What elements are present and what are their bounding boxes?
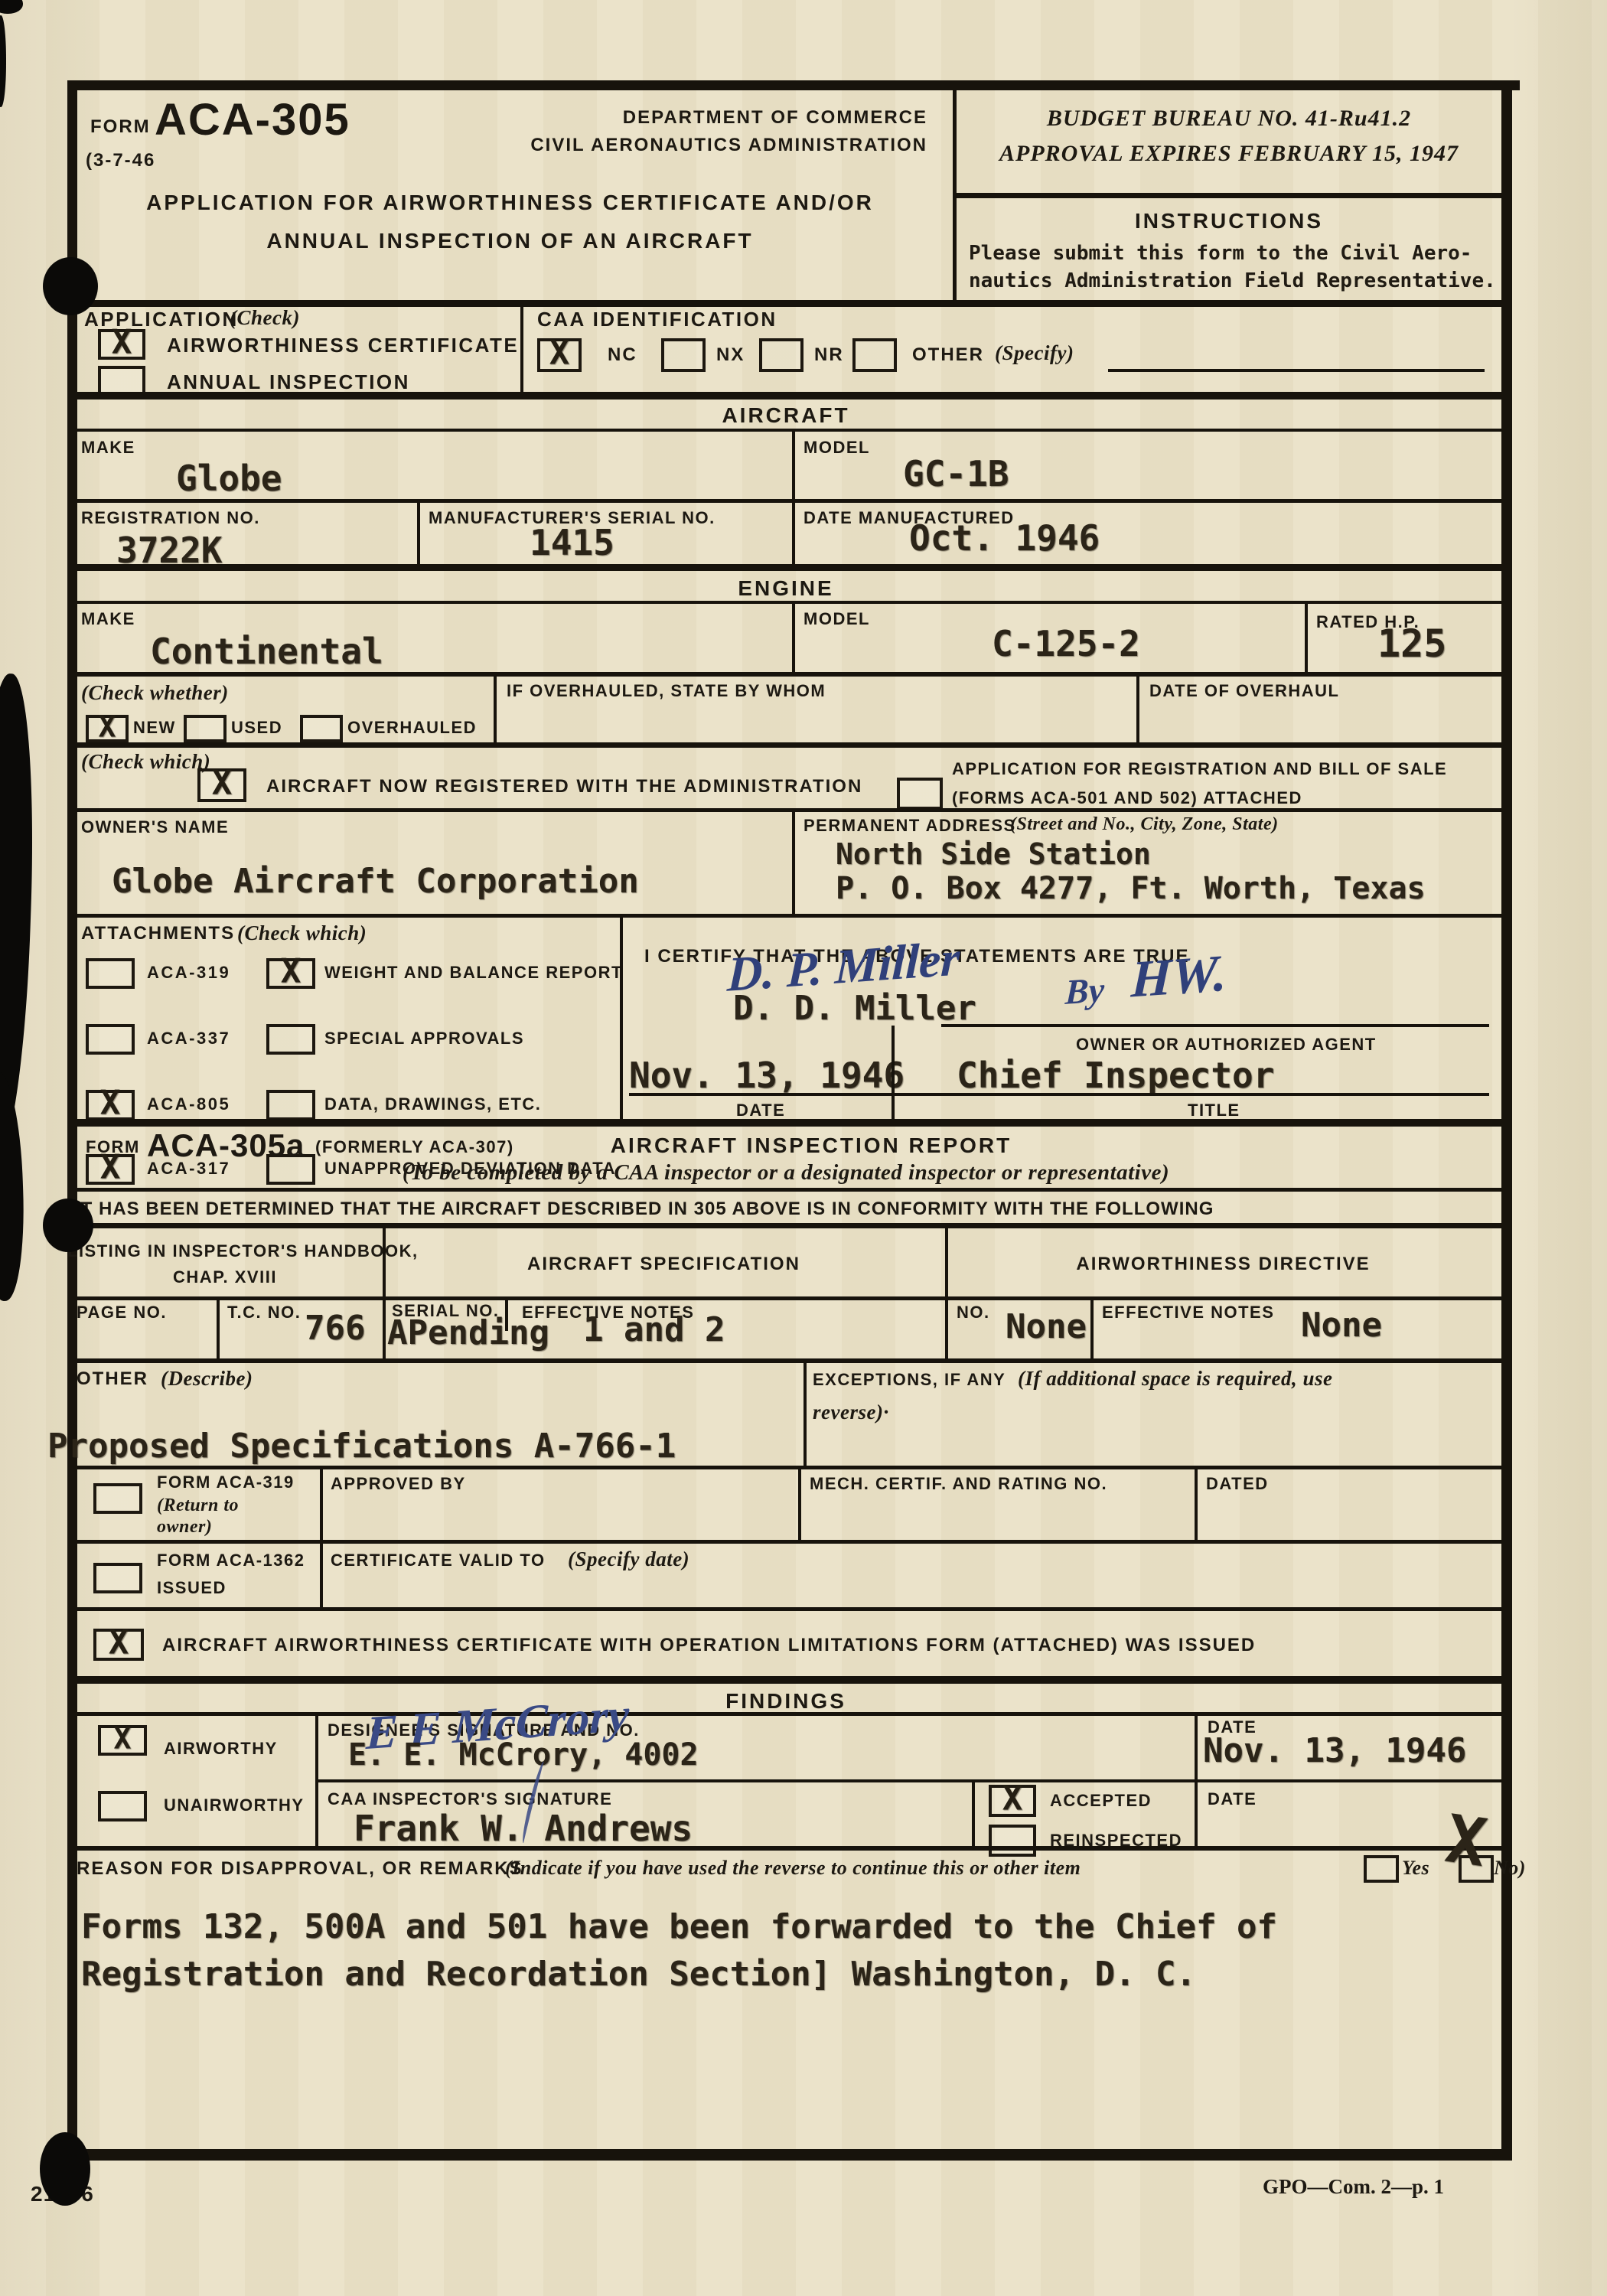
- serial-datemfg-divider: [792, 503, 795, 564]
- certificate-issued-checkbox: X: [93, 1629, 144, 1661]
- engine-overhauled-checkbox: [300, 715, 343, 742]
- punch-hole-middle: [43, 1199, 93, 1252]
- unairworthy-checkbox: [98, 1791, 147, 1821]
- aca805-label: ACA-805: [147, 1094, 230, 1114]
- airworthy-mark: X: [114, 1721, 132, 1755]
- agent-caption: OWNER OR AUTHORIZED AGENT: [1076, 1035, 1377, 1055]
- other-row-top-rule: [67, 1358, 1504, 1363]
- engine-section-top-rule: [67, 564, 1504, 571]
- eff-notes-value: 1 and 2: [583, 1310, 725, 1349]
- exceptions-note1: (If additional space is required, use: [1018, 1367, 1333, 1391]
- airworthiness-certificate-label: AIRWORTHINESS CERTIFICATE: [167, 334, 519, 357]
- punch-hole-top: [43, 257, 98, 315]
- aca319-row-top-rule: [67, 1466, 1504, 1469]
- form-aca1362-label: FORM ACA-1362: [157, 1551, 305, 1570]
- exceptions-label: EXCEPTIONS, IF ANY: [813, 1370, 1006, 1390]
- findings-top-rule: [67, 1676, 1504, 1684]
- aca319-approved-divider: [320, 1469, 323, 1540]
- engine-overhauled-label: OVERHAULED: [347, 718, 477, 738]
- nx-label: NX: [716, 344, 745, 367]
- address-note: (Street and No., City, Zone, State): [1010, 814, 1279, 835]
- aircraft-title-rule: [67, 429, 1504, 432]
- application-check-note: (Check): [230, 306, 300, 330]
- findings-title-rule: [67, 1712, 1504, 1716]
- weight-balance-checkbox: X: [266, 958, 315, 989]
- certificate-issued-mark: X: [109, 1623, 129, 1662]
- findings-date2-caption: DATE: [1208, 1789, 1257, 1809]
- engine-used-label: USED: [231, 718, 282, 738]
- approved-by-label: APPROVED BY: [331, 1474, 466, 1494]
- engine-used-checkbox: [184, 715, 227, 742]
- adno-adeff-divider: [1090, 1300, 1094, 1358]
- certificate-valid-label: CERTIFICATE VALID TO: [331, 1551, 546, 1570]
- engine-make-value: Continental: [150, 631, 383, 672]
- caa-sig-caption: CAA INSPECTOR'S SIGNATURE: [328, 1789, 612, 1809]
- reason-yes-checkbox: [1364, 1855, 1399, 1883]
- other-value: Proposed Specifications A-766-1: [47, 1427, 676, 1466]
- tc-no-label: T.C. NO.: [227, 1303, 301, 1322]
- reason-no-label: No): [1494, 1857, 1526, 1880]
- reason-top-rule: [67, 1846, 1504, 1851]
- aircraft-make-value: Globe: [176, 458, 282, 499]
- findings-date-value: Nov. 13, 1946: [1203, 1731, 1466, 1770]
- application-label: APPLICATION: [84, 308, 239, 331]
- remarks-line2: Registration and Recordation Section] Wa…: [81, 1955, 1196, 1994]
- scanned-form-page: FORM ACA-305 (3-7-46 DEPARTMENT OF COMME…: [0, 0, 1607, 2296]
- form-label: FORM: [90, 116, 151, 139]
- findings-row-divider: [315, 1779, 1504, 1782]
- airworthy-label: AIRWORTHY: [164, 1739, 278, 1759]
- owner-typed-name: D. D. Miller: [733, 989, 976, 1028]
- engine-section-title: ENGINE: [67, 576, 1504, 602]
- overhaul-date-divider: [1136, 677, 1139, 742]
- application-attached-checkbox: [897, 778, 943, 810]
- nr-label: NR: [814, 344, 844, 367]
- 305a-form-label: FORM: [86, 1137, 140, 1157]
- engine-title-rule: [67, 601, 1504, 604]
- aircraft-make-model-divider: [792, 429, 795, 501]
- reinspected-checkbox: [989, 1825, 1036, 1857]
- aca319-checkbox: [86, 958, 135, 989]
- dated-label: DATED: [1206, 1474, 1269, 1494]
- registered-label: AIRCRAFT NOW REGISTERED WITH THE ADMINIS…: [266, 776, 862, 798]
- page-no-label: PAGE NO.: [77, 1303, 167, 1322]
- unairworthy-label: UNAIRWORTHY: [164, 1795, 305, 1815]
- tc-no-value: 766: [305, 1309, 365, 1348]
- weight-balance-label: WEIGHT AND BALANCE REPORT: [324, 963, 623, 983]
- owner-signature-by: By: [1064, 969, 1105, 1013]
- 305a-form-number: ACA-305a: [147, 1127, 305, 1165]
- cert-title-value: Chief Inspector: [957, 1055, 1274, 1096]
- handbook-col-line1: LISTING IN INSPECTOR'S HANDBOOK,: [67, 1241, 383, 1261]
- other-exceptions-divider: [803, 1363, 807, 1466]
- col2-divider: [945, 1226, 948, 1358]
- airworthiness-directive-col: AIRWORTHINESS DIRECTIVE: [945, 1254, 1501, 1276]
- handbook-col-line2: CHAP. XVIII: [67, 1267, 383, 1287]
- ad-no-value: None: [1006, 1307, 1087, 1346]
- mech-dated-divider: [1195, 1469, 1198, 1540]
- date-title-divider: [892, 1026, 895, 1119]
- serial-notes-divider: [505, 1300, 508, 1331]
- address-line1: North Side Station: [836, 837, 1151, 871]
- ad-no-label: NO.: [957, 1303, 990, 1322]
- nc-checkbox: X: [537, 338, 582, 372]
- budget-line1: BUDGET BUREAU NO. 41-Ru41.2: [957, 106, 1501, 132]
- date-title-rule: [629, 1093, 1489, 1096]
- aca337-label: ACA-337: [147, 1029, 230, 1049]
- other-id-note: (Specify): [995, 341, 1074, 365]
- aircraft-spec-col: AIRCRAFT SPECIFICATION: [383, 1254, 945, 1276]
- exceptions-note2: reverse)·: [813, 1401, 889, 1424]
- ad-eff-value: None: [1301, 1306, 1382, 1345]
- engine-model-label: MODEL: [803, 609, 870, 629]
- form-title-line2: ANNUAL INSPECTION OF AN AIRCRAFT: [67, 228, 953, 254]
- aca337-checkbox: [86, 1024, 135, 1055]
- remarks-line1: Forms 132, 500A and 501 have been forwar…: [81, 1907, 1277, 1946]
- aca805-mark: X: [100, 1083, 121, 1122]
- owner-address-divider: [792, 812, 795, 914]
- engine-new-label: NEW: [133, 718, 176, 738]
- determination-text: IT HAS BEEN DETERMINED THAT THE AIRCRAFT…: [75, 1199, 1214, 1221]
- special-approvals-checkbox: [266, 1024, 315, 1055]
- address-line2: P. O. Box 4277, Ft. Worth, Texas: [836, 871, 1426, 906]
- designee-typed: E. E. McCrory, 4002: [348, 1737, 699, 1773]
- cert-date-value: Nov. 13, 1946: [629, 1055, 905, 1096]
- aircraft-row-divider: [67, 499, 1504, 503]
- scan-edge-streak-2: [0, 1071, 27, 1302]
- instructions-line1: Please submit this form to the Civil Aer…: [969, 242, 1472, 265]
- accepted-mark: X: [1002, 1779, 1023, 1818]
- engine-hp-divider: [1305, 604, 1308, 672]
- certificate-valid-note: (Specify date): [568, 1548, 689, 1571]
- form-number: ACA-305: [155, 93, 350, 147]
- checkwhich-top-rule: [67, 742, 1504, 748]
- caa-id-label: CAA IDENTIFICATION: [537, 308, 777, 331]
- data-drawings-checkbox: [266, 1090, 315, 1120]
- mech-certif-label: MECH. CERTIF. AND RATING NO.: [810, 1474, 1107, 1494]
- aircraft-model-label: MODEL: [803, 438, 870, 458]
- attachments-top-rule: [67, 914, 1504, 918]
- other-label: OTHER: [77, 1368, 148, 1391]
- check-which-note: (Check which): [81, 750, 210, 774]
- signature-rule: [941, 1024, 1489, 1027]
- data-drawings-label: DATA, DRAWINGS, ETC.: [324, 1094, 541, 1114]
- other-id-label: OTHER: [912, 344, 984, 367]
- airworthy-checkbox: X: [98, 1725, 147, 1756]
- rated-hp-value: 125: [1377, 621, 1446, 666]
- attachments-note: (Check which): [237, 921, 367, 945]
- budget-line2: APPROVAL EXPIRES FEBRUARY 15, 1947: [957, 141, 1501, 167]
- punch-hole-bottom: [40, 2132, 90, 2206]
- certificate-issued-text: AIRCRAFT AIRWORTHINESS CERTIFICATE WITH …: [162, 1635, 1256, 1657]
- airworthiness-certificate-checkbox: X: [98, 329, 145, 360]
- other-note: (Describe): [161, 1367, 253, 1391]
- registration-label: REGISTRATION NO.: [81, 508, 260, 528]
- cert-issued-top-rule: [67, 1607, 1504, 1611]
- accepted-label: ACCEPTED: [1050, 1791, 1152, 1811]
- issued-label: ISSUED: [157, 1578, 227, 1598]
- spec-header-rule: [67, 1296, 1504, 1300]
- border-bottom: [67, 2149, 1512, 2161]
- special-approvals-label: SPECIAL APPROVALS: [324, 1029, 524, 1049]
- registration-serial-divider: [417, 503, 420, 564]
- inspection-report-subtitle: (To be completed by a CAA inspector or a…: [67, 1160, 1504, 1186]
- 305a-top-rule: [67, 1119, 1504, 1127]
- aca319-label: ACA-319: [147, 963, 230, 983]
- registered-checkbox: X: [197, 768, 246, 802]
- reason-yes-label: Yes: [1402, 1857, 1429, 1880]
- reason-label: REASON FOR DISAPPROVAL, OR REMARKS: [77, 1858, 523, 1880]
- weight-balance-mark: X: [281, 951, 302, 990]
- engine-new-checkbox: X: [86, 715, 129, 742]
- dept-line1: DEPARTMENT OF COMMERCE: [490, 107, 927, 129]
- accepted-checkbox: X: [989, 1785, 1036, 1817]
- attachments-cert-divider: [620, 918, 623, 1119]
- owner-name-label: OWNER'S NAME: [81, 817, 229, 837]
- form-aca319-note1: (Return to: [157, 1495, 239, 1516]
- inspection-report-title: AIRCRAFT INSPECTION REPORT: [429, 1133, 1194, 1159]
- ad-eff-label: EFFECTIVE NOTES: [1102, 1303, 1274, 1322]
- form-aca319-label: FORM ACA-319: [157, 1473, 295, 1492]
- engine-make-label: MAKE: [81, 609, 135, 629]
- date-caption: DATE: [736, 1101, 785, 1120]
- findings-title: FINDINGS: [67, 1688, 1504, 1714]
- aircraft-make-label: MAKE: [81, 438, 135, 458]
- aca805-checkbox: X: [86, 1090, 135, 1120]
- scan-corner-mark: [0, 0, 23, 14]
- registered-mark: X: [212, 763, 233, 802]
- other-id-checkbox: [852, 338, 897, 372]
- budget-box-divider: [953, 193, 1504, 198]
- subtitle-rule: [67, 1188, 1504, 1192]
- engine-model-value: C-125-2: [992, 623, 1140, 664]
- form-aca319-checkbox: [93, 1483, 142, 1514]
- footer-right-imprint: GPO—Com. 2—p. 1: [1263, 2175, 1444, 2199]
- instructions-title: INSTRUCTIONS: [957, 208, 1501, 234]
- nc-label: NC: [608, 344, 637, 367]
- reason-note: (Indicate if you have used the reverse t…: [505, 1857, 1081, 1880]
- aca1362-valid-divider: [320, 1544, 323, 1607]
- instructions-line2: nautics Administration Field Representat…: [969, 269, 1496, 292]
- airworthiness-certificate-mark: X: [112, 322, 132, 361]
- address-label: PERMANENT ADDRESS: [803, 816, 1016, 836]
- border-top: [67, 80, 1520, 90]
- nc-mark: X: [549, 333, 570, 372]
- owner-signature-flourish: HW.: [1130, 942, 1228, 1009]
- overhaul-bywhom-divider: [494, 677, 497, 742]
- owner-top-rule: [67, 808, 1504, 812]
- engine-make-model-divider: [792, 604, 795, 672]
- application-caa-divider: [520, 300, 523, 392]
- nr-checkbox: [759, 338, 803, 372]
- title-caption: TITLE: [1188, 1101, 1240, 1120]
- scan-edge-mark-top: [0, 15, 6, 107]
- annual-inspection-label: ANNUAL INSPECTION: [167, 370, 410, 394]
- engine-row-divider: [67, 672, 1504, 677]
- check-whether-note: (Check whether): [81, 681, 229, 705]
- form-date: (3-7-46: [86, 150, 155, 172]
- attachments-label: ATTACHMENTS: [81, 923, 235, 945]
- other-id-blank-line: [1108, 369, 1485, 372]
- accepted-col-divider: [972, 1782, 975, 1846]
- engine-new-mark: X: [99, 709, 116, 743]
- owner-name-value: Globe Aircraft Corporation: [112, 862, 639, 901]
- application-attached-line1: APPLICATION FOR REGISTRATION AND BILL OF…: [952, 759, 1447, 779]
- dept-line2: CIVIL AERONAUTICS ADMINISTRATION: [490, 135, 927, 157]
- date-overhaul-label: DATE OF OVERHAUL: [1149, 681, 1339, 701]
- application-attached-line2: (FORMS ACA-501 AND 502) ATTACHED: [952, 788, 1302, 808]
- aircraft-section-title: AIRCRAFT: [67, 403, 1504, 429]
- nx-checkbox: [661, 338, 706, 372]
- form-title-line1: APPLICATION FOR AIRWORTHINESS CERTIFICAT…: [67, 190, 953, 216]
- aircraft-model-value: GC-1B: [903, 453, 1009, 494]
- approved-mech-divider: [798, 1469, 801, 1540]
- page-tc-divider: [217, 1300, 220, 1358]
- mfr-serial-value: 1415: [530, 522, 614, 563]
- form-aca319-note2: owner): [157, 1517, 212, 1538]
- date-mfg-value: Oct. 1946: [909, 517, 1100, 559]
- form-aca1362-checkbox: [93, 1563, 142, 1593]
- spec-table-top-rule: [67, 1223, 1504, 1228]
- aca1362-row-top-rule: [67, 1540, 1504, 1544]
- by-whom-label: IF OVERHAULED, STATE BY WHOM: [507, 681, 826, 701]
- aircraft-section-top-rule: [67, 392, 1504, 400]
